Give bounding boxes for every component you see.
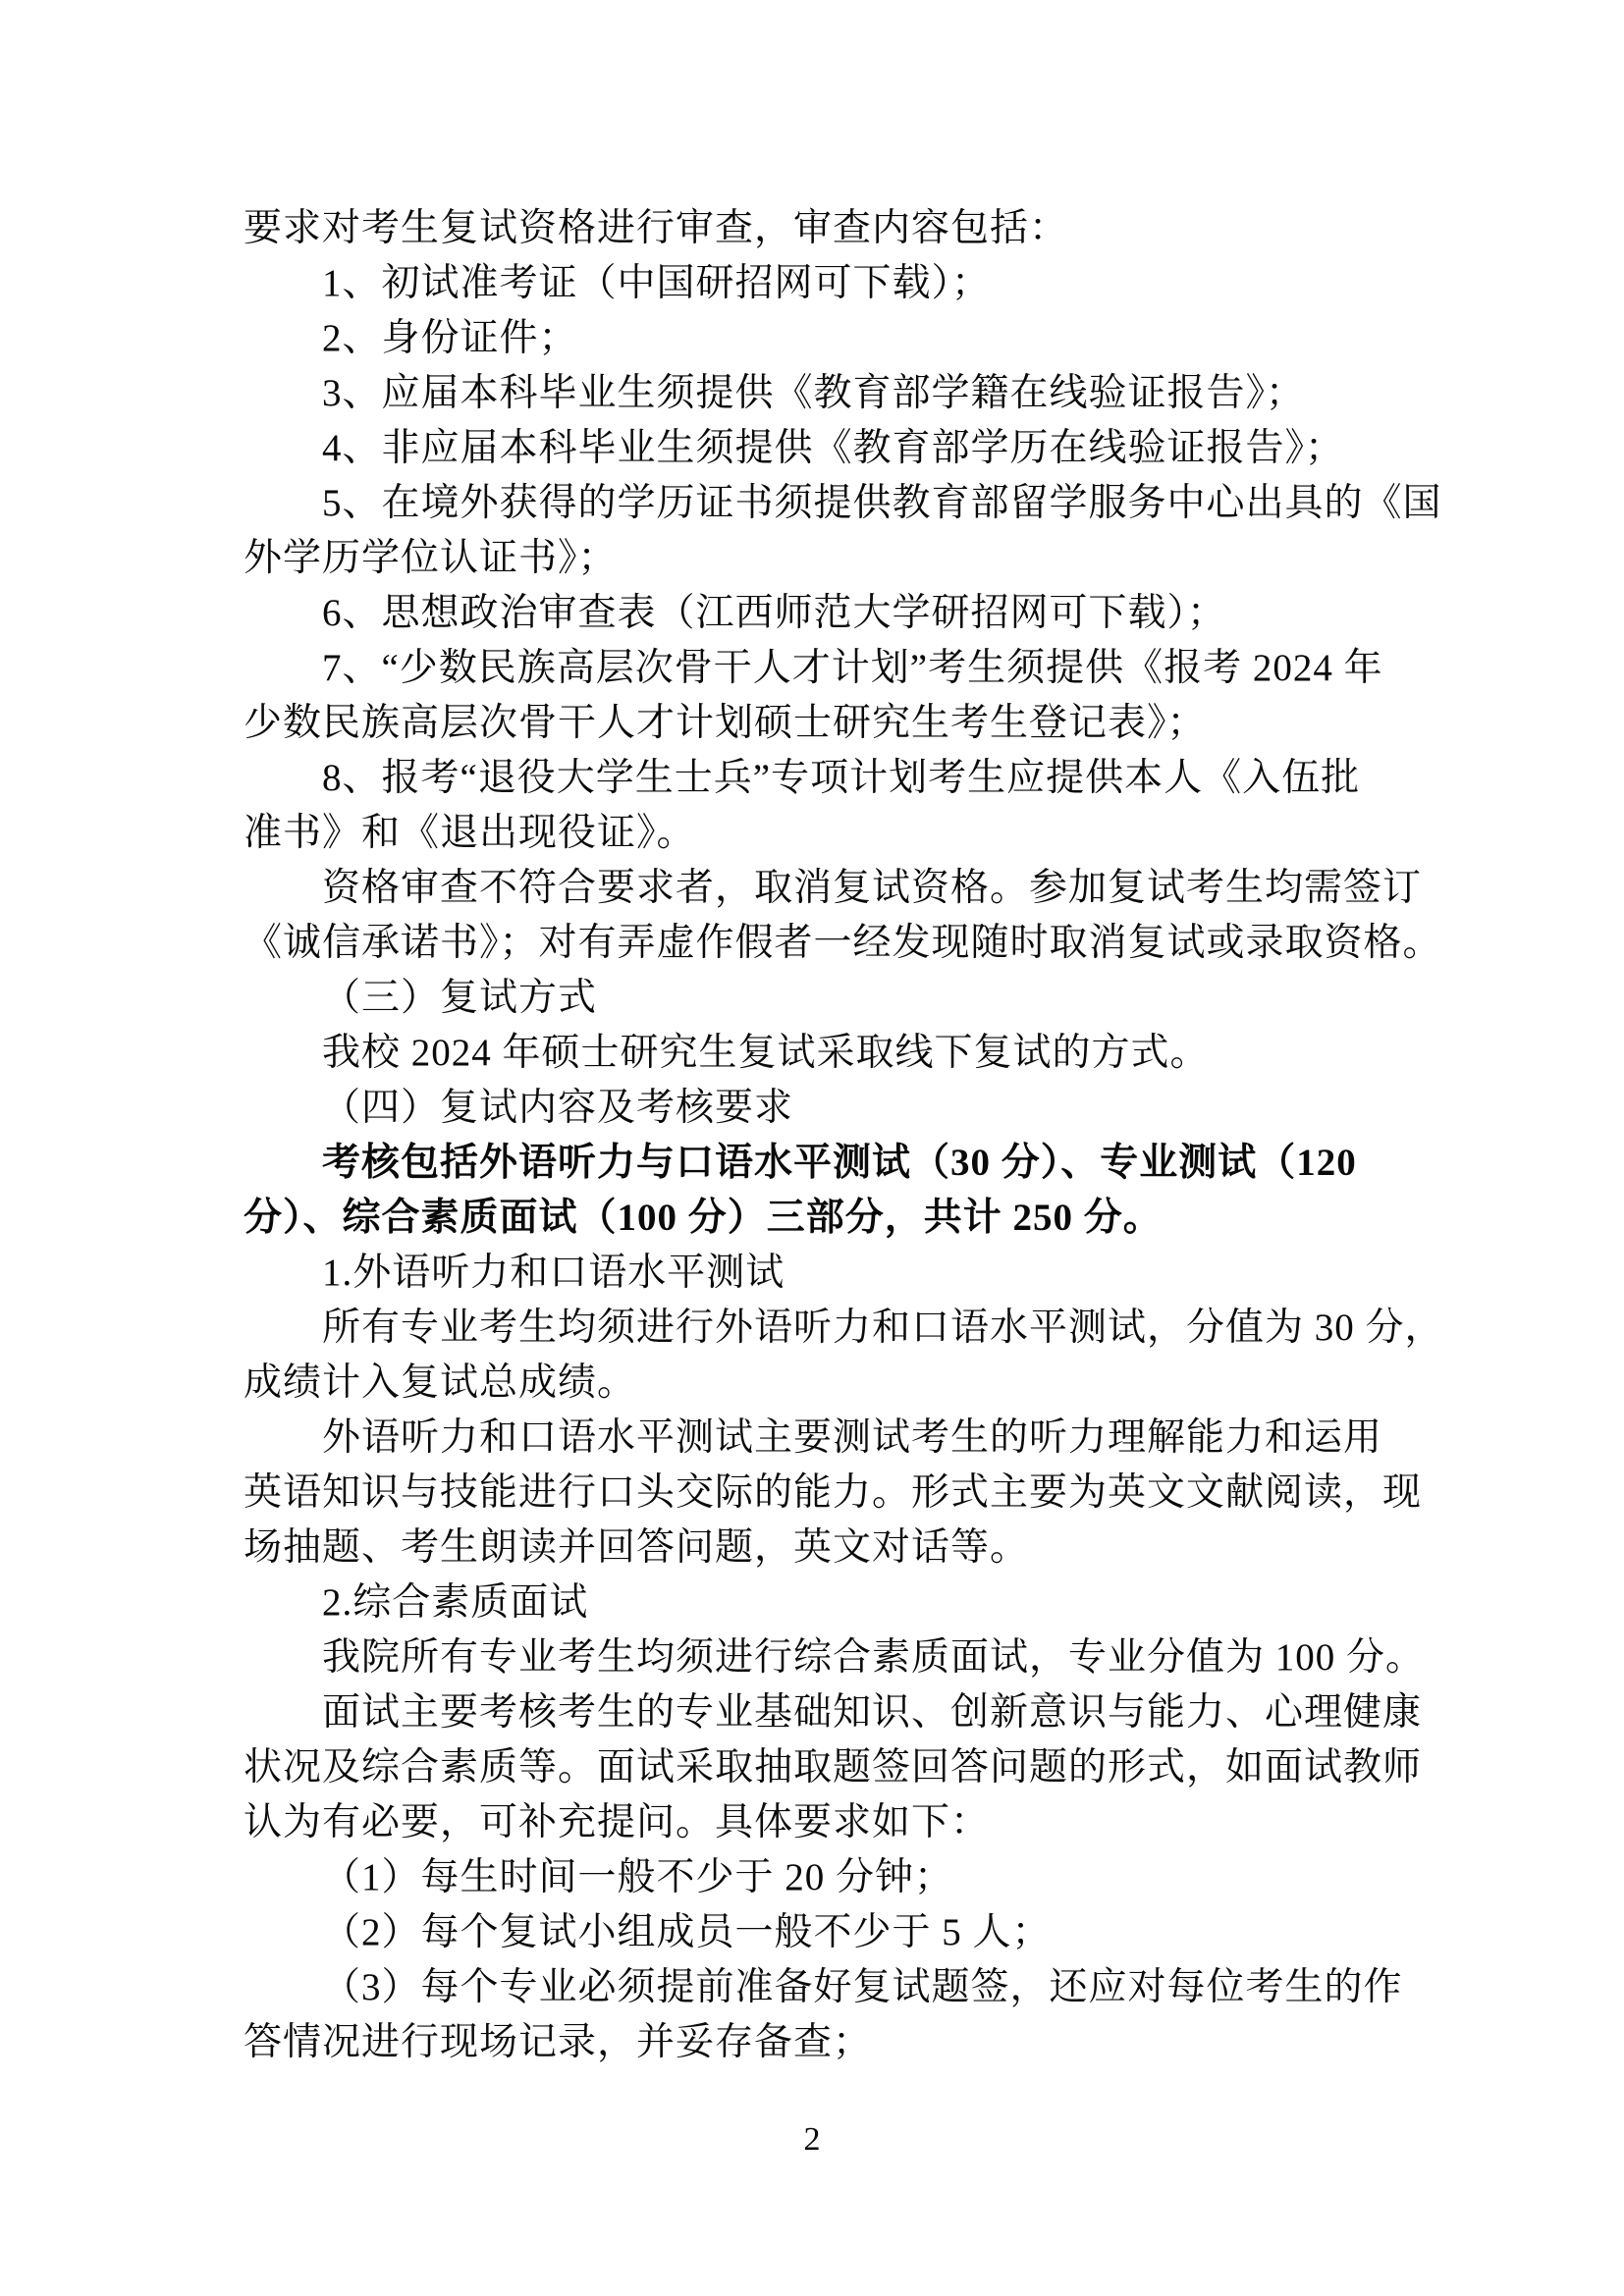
text-line: 1.外语听力和口语水平测试 [244, 1246, 1382, 1301]
text-line: 2、身份证件； [244, 311, 1382, 366]
text-line: （三）复试方式 [244, 971, 1382, 1026]
page-number: 2 [0, 2120, 1624, 2160]
text-line-bold: 考核包括外语听力与口语水平测试（30 分）、专业测试（120 [244, 1136, 1382, 1191]
text-line: 7、“少数民族高层次骨干人才计划”考生须提供《报考 2024 年 [244, 641, 1382, 696]
text-line: （1）每生时间一般不少于 20 分钟； [244, 1850, 1382, 1905]
text-line-bold: 分）、综合素质面试（100 分）三部分，共计 250 分。 [244, 1191, 1382, 1246]
document-page: 要求对考生复试资格进行审查，审查内容包括： 1、初试准考证（中国研招网可下载）；… [0, 0, 1624, 2296]
text-line: 答情况进行现场记录，并妥存备查； [244, 2015, 1382, 2070]
text-line: 成绩计入复试总成绩。 [244, 1356, 1382, 1411]
text-line: 认为有必要，可补充提问。具体要求如下： [244, 1795, 1382, 1850]
text-line: 3、应届本科毕业生须提供《教育部学籍在线验证报告》； [244, 366, 1382, 421]
text-line: 面试主要考核考生的专业基础知识、创新意识与能力、心理健康 [244, 1685, 1382, 1740]
text-line: 英语知识与技能进行口头交际的能力。形式主要为英文文献阅读，现 [244, 1466, 1382, 1521]
text-line: 状况及综合素质等。面试采取抽取题签回答问题的形式，如面试教师 [244, 1740, 1382, 1795]
text-line: 1、初试准考证（中国研招网可下载）； [244, 256, 1382, 311]
text-line: 少数民族高层次骨干人才计划硕士研究生考生登记表》； [244, 696, 1382, 751]
document-body: 要求对考生复试资格进行审查，审查内容包括： 1、初试准考证（中国研招网可下载）；… [244, 201, 1382, 2070]
text-line: 2.综合素质面试 [244, 1575, 1382, 1630]
text-line: 所有专业考生均须进行外语听力和口语水平测试，分值为 30 分， [244, 1301, 1382, 1356]
text-line: 场抽题、考生朗读并回答问题，英文对话等。 [244, 1521, 1382, 1575]
text-line: 外学历学位认证书》； [244, 531, 1382, 586]
text-line: 6、思想政治审查表（江西师范大学研招网可下载）； [244, 586, 1382, 641]
text-line: 外语听力和口语水平测试主要测试考生的听力理解能力和运用 [244, 1411, 1382, 1466]
text-line: 5、在境外获得的学历证书须提供教育部留学服务中心出具的《国 [244, 476, 1382, 531]
text-line: （3）每个专业必须提前准备好复试题签，还应对每位考生的作 [244, 1960, 1382, 2015]
text-line: 4、非应届本科毕业生须提供《教育部学历在线验证报告》； [244, 421, 1382, 476]
text-line: （2）每个复试小组成员一般不少于 5 人； [244, 1905, 1382, 1960]
text-line: 《诚信承诺书》；对有弄虚作假者一经发现随时取消复试或录取资格。 [244, 916, 1382, 971]
text-line: 准书》和《退出现役证》。 [244, 806, 1382, 861]
text-line: 我校 2024 年硕士研究生复试采取线下复试的方式。 [244, 1026, 1382, 1081]
text-line: 8、报考“退役大学生士兵”专项计划考生应提供本人《入伍批 [244, 751, 1382, 806]
text-line: 资格审查不符合要求者，取消复试资格。参加复试考生均需签订 [244, 861, 1382, 916]
text-line: 要求对考生复试资格进行审查，审查内容包括： [244, 201, 1382, 256]
text-line: 我院所有专业考生均须进行综合素质面试，专业分值为 100 分。 [244, 1630, 1382, 1685]
text-line: （四）复试内容及考核要求 [244, 1081, 1382, 1136]
